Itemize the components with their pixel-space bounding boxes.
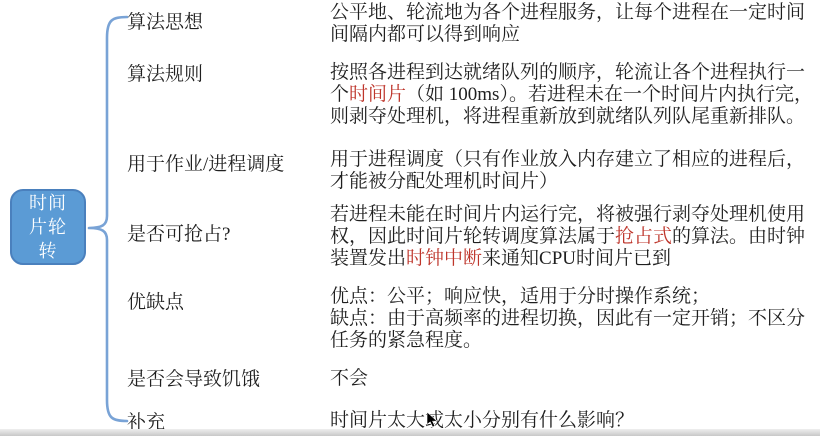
branch-content-algorithm-idea: 公平地、轮流地为各个进程服务，让每个进程在一定时间间隔内都可以得到响应 (330, 2, 816, 46)
brace-connector (82, 8, 132, 430)
branch-label-starvation: 是否会导致饥饿 (127, 369, 260, 391)
topic-title-line: 转 (39, 239, 58, 263)
branch-label-pros-cons: 优缺点 (127, 292, 184, 314)
branch-content-pros-cons: 优点：公平；响应快，适用于分时操作系统；缺点：由于高频率的进程切换，因此有一定开… (330, 286, 816, 352)
branch-content-algorithm-rule: 按照各进程到达就绪队列的顺序，轮流让各个进程执行一个时间片（如 100ms）。若… (330, 62, 816, 128)
mouse-cursor-icon (427, 412, 439, 428)
branch-content-starvation: 不会 (330, 368, 816, 390)
branch-label-algorithm-idea: 算法思想 (127, 12, 203, 34)
bottom-edge-strip (0, 429, 820, 436)
topic-node-round-robin: 时间 片轮 转 (10, 189, 86, 265)
branch-label-scheduling-type: 用于作业/进程调度 (127, 154, 284, 176)
branch-label-algorithm-rule: 算法规则 (127, 64, 203, 86)
topic-title-line: 时间 (29, 191, 67, 215)
branch-content-scheduling-type: 用于进程调度（只有作业放入内存建立了相应的进程后，才能被分配处理机时间片） (330, 149, 816, 193)
branch-content-preemptive: 若进程未能在时间片内运行完，将被强行剥夺处理机使用权，因此时间片轮转调度算法属于… (330, 204, 816, 270)
branch-label-preemptive: 是否可抢占? (127, 224, 230, 246)
topic-title-line: 片轮 (29, 215, 67, 239)
